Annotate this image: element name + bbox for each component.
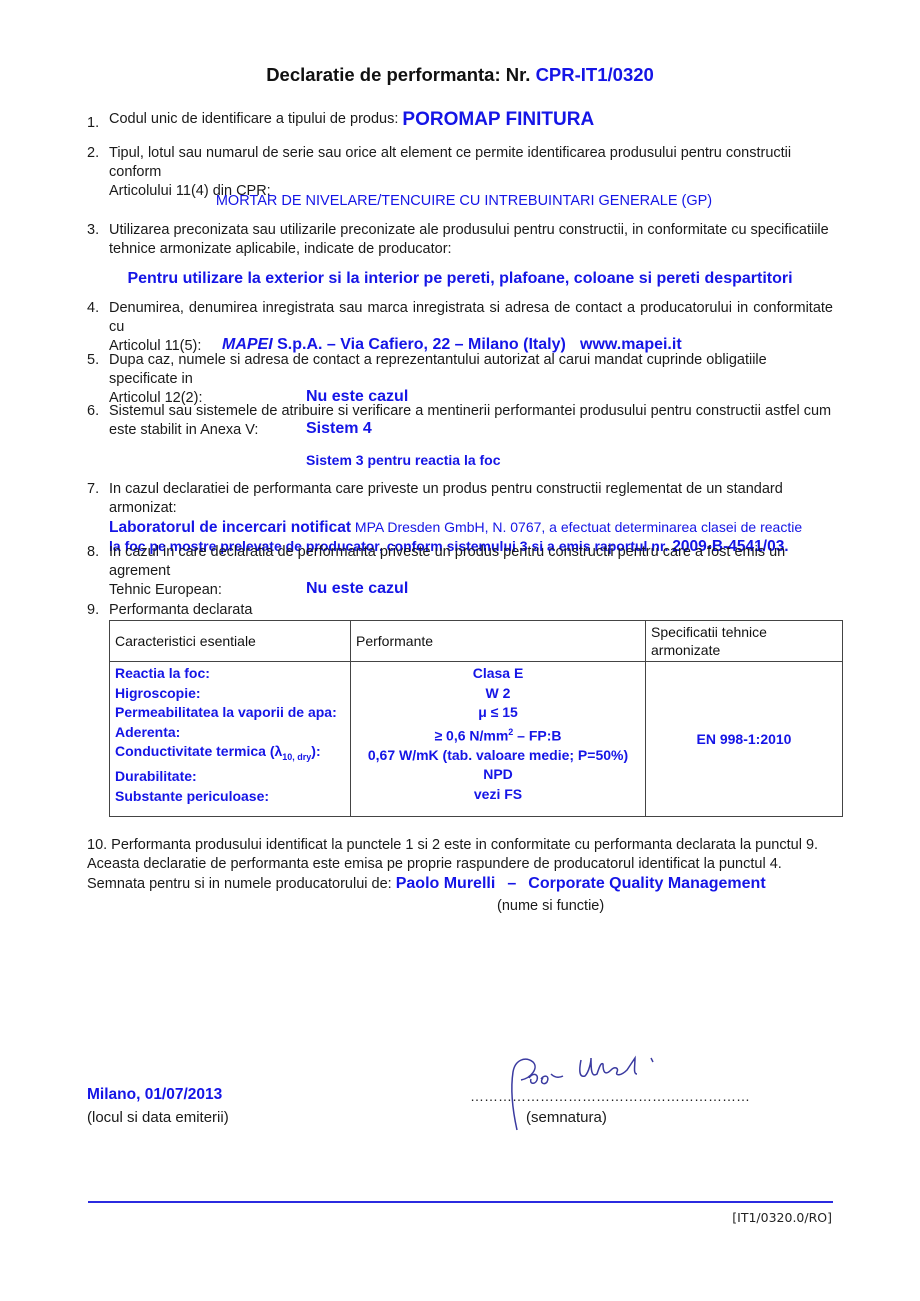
- characteristics-cell: Reactia la foc: Higroscopie: Permeabilit…: [110, 662, 351, 817]
- char-durability: Durabilitate:: [115, 767, 345, 787]
- name-function-caption: (nume si functie): [497, 897, 604, 916]
- perf-adhesion-value: ≥ 0,6 N/mm: [434, 727, 508, 743]
- perf-adhesion-suffix: – FP:B: [513, 727, 561, 743]
- perf-reaction-fire: Clasa E: [356, 664, 640, 684]
- signature-line: ……………………………………………………: [470, 1088, 750, 1104]
- item-6-line2: este stabilit in Anexa V:: [109, 422, 258, 438]
- item-3-line1: Utilizarea preconizata sau utilizarile p…: [109, 221, 833, 240]
- section-10-line2: Aceasta declaratie de performanta este e…: [87, 855, 847, 874]
- item-5-number: 5.: [87, 351, 99, 370]
- item-2-line1: Tipul, lotul sau numarul de serie sau or…: [109, 144, 833, 182]
- perf-dangerous-substances: vezi FS: [356, 785, 640, 805]
- char-dangerous-substances: Substante periculoase:: [115, 787, 345, 807]
- item-4-number: 4.: [87, 299, 99, 318]
- place-date-caption: (locul si data emiterii): [87, 1108, 229, 1127]
- lambda-subscript: 10, dry: [282, 752, 311, 762]
- item-3: Utilizarea preconizata sau utilizarile p…: [109, 221, 833, 259]
- item-5: Dupa caz, numele si adresa de contact a …: [109, 351, 833, 409]
- section-10-line1: 10. Performanta produsului identificat l…: [87, 836, 847, 855]
- header-characteristics: Caracteristici esentiale: [110, 621, 351, 662]
- system-value: Sistem 4: [306, 419, 372, 438]
- lab-details: MPA Dresden GmbH, N. 0767, a efectuat de…: [355, 519, 802, 535]
- intended-use: Pentru utilizare la exterior si la inter…: [80, 269, 840, 288]
- system-fire-value: Sistem 3 pentru reactia la foc: [306, 452, 501, 468]
- lab-line1: Laboratorul de incercari notificat MPA D…: [109, 518, 833, 537]
- header-specs-line1: Specificatii tehnice: [651, 623, 837, 641]
- item-6-line1: Sistemul sau sistemele de atribuire si v…: [109, 402, 833, 421]
- table-header-row: Caracteristici esentiale Performante Spe…: [110, 621, 843, 662]
- item-3-number: 3.: [87, 221, 99, 240]
- item-1: Codul unic de identificare a tipului de …: [109, 110, 833, 131]
- item-8-line1: In cazul in care declaratia de performan…: [109, 543, 833, 581]
- header-specs-line2: armonizate: [651, 641, 837, 659]
- table-row: Reactia la foc: Higroscopie: Permeabilit…: [110, 662, 843, 817]
- item-7-number: 7.: [87, 480, 99, 499]
- declaration-number: CPR-IT1/0320: [536, 64, 654, 85]
- item-9-label: Performanta declarata: [109, 601, 833, 620]
- footer-rule: [88, 1201, 833, 1203]
- item-4-line1: Denumirea, denumirea inregistrata sau ma…: [109, 299, 833, 337]
- performance-table: Caracteristici esentiale Performante Spe…: [109, 620, 843, 817]
- document-code: [IT1/0320.0/RO]: [732, 1210, 832, 1225]
- char-vapour-permeability: Permeabilitatea la vaporii de apa:: [115, 703, 345, 723]
- signer-function: Corporate Quality Management: [528, 875, 765, 892]
- spec-cell: EN 998-1:2010: [646, 662, 843, 817]
- lambda-suffix: ):: [311, 743, 320, 759]
- item-8: In cazul in care declaratia de performan…: [109, 543, 833, 601]
- perf-thermal-conductivity: 0,67 W/mK (tab. valoare medie; P=50%): [356, 746, 640, 766]
- item-1-number: 1.: [87, 114, 99, 133]
- signed-by: Semnata pentru si in numele producatorul…: [87, 874, 847, 894]
- section-10: 10. Performanta produsului identificat l…: [87, 836, 847, 894]
- char-hygroscopy: Higroscopie:: [115, 684, 345, 704]
- item-8-line2: Tehnic European:: [109, 582, 222, 598]
- perf-hygroscopy: W 2: [356, 684, 640, 704]
- char-adhesion: Aderenta:: [115, 723, 345, 743]
- item-4: Denumirea, denumirea inregistrata sau ma…: [109, 299, 833, 357]
- signer-dash: –: [507, 875, 516, 892]
- perf-adhesion: ≥ 0,6 N/mm2 – FP:B: [356, 723, 640, 746]
- item-6-number: 6.: [87, 402, 99, 421]
- char-thermal-conductivity: Conductivitate termica (λ10, dry):: [115, 742, 345, 767]
- performance-cell: Clasa E W 2 μ ≤ 15 ≥ 0,6 N/mm2 – FP:B 0,…: [351, 662, 646, 817]
- item-2-number: 2.: [87, 144, 99, 163]
- item-5-line1: Dupa caz, numele si adresa de contact a …: [109, 351, 833, 389]
- product-name: POROMAP FINITURA: [402, 109, 594, 130]
- signer-name: Paolo Murelli: [396, 875, 496, 892]
- item-8-number: 8.: [87, 543, 99, 562]
- title-prefix: Declaratie de performanta: Nr.: [266, 64, 530, 85]
- perf-durability: NPD: [356, 765, 640, 785]
- item-1-label: Codul unic de identificare a tipului de …: [109, 111, 398, 127]
- perf-vapour-permeability: μ ≤ 15: [356, 703, 640, 723]
- item-9-number: 9.: [87, 601, 99, 620]
- header-specs: Specificatii tehnice armonizate: [646, 621, 843, 662]
- page-title: Declaratie de performanta: Nr. CPR-IT1/0…: [0, 64, 920, 86]
- lab-label: Laboratorul de incercari notificat: [109, 519, 351, 536]
- item-6: Sistemul sau sistemele de atribuire si v…: [109, 402, 833, 441]
- product-type: MORTAR DE NIVELARE/TENCUIRE CU INTREBUIN…: [109, 192, 819, 211]
- item-3-line2: tehnice armonizate aplicabile, indicate …: [109, 240, 833, 259]
- place-date: Milano, 01/07/2013: [87, 1086, 222, 1104]
- eta-value: Nu este cazul: [306, 579, 408, 598]
- char-thermal-label: Conductivitate termica (λ: [115, 743, 282, 759]
- item-7-line1: In cazul declaratiei de performanta care…: [109, 480, 833, 518]
- header-performance: Performante: [351, 621, 646, 662]
- char-reaction-fire: Reactia la foc:: [115, 664, 345, 684]
- signature-caption: (semnatura): [526, 1108, 607, 1127]
- signed-by-label: Semnata pentru si in numele producatorul…: [87, 876, 392, 892]
